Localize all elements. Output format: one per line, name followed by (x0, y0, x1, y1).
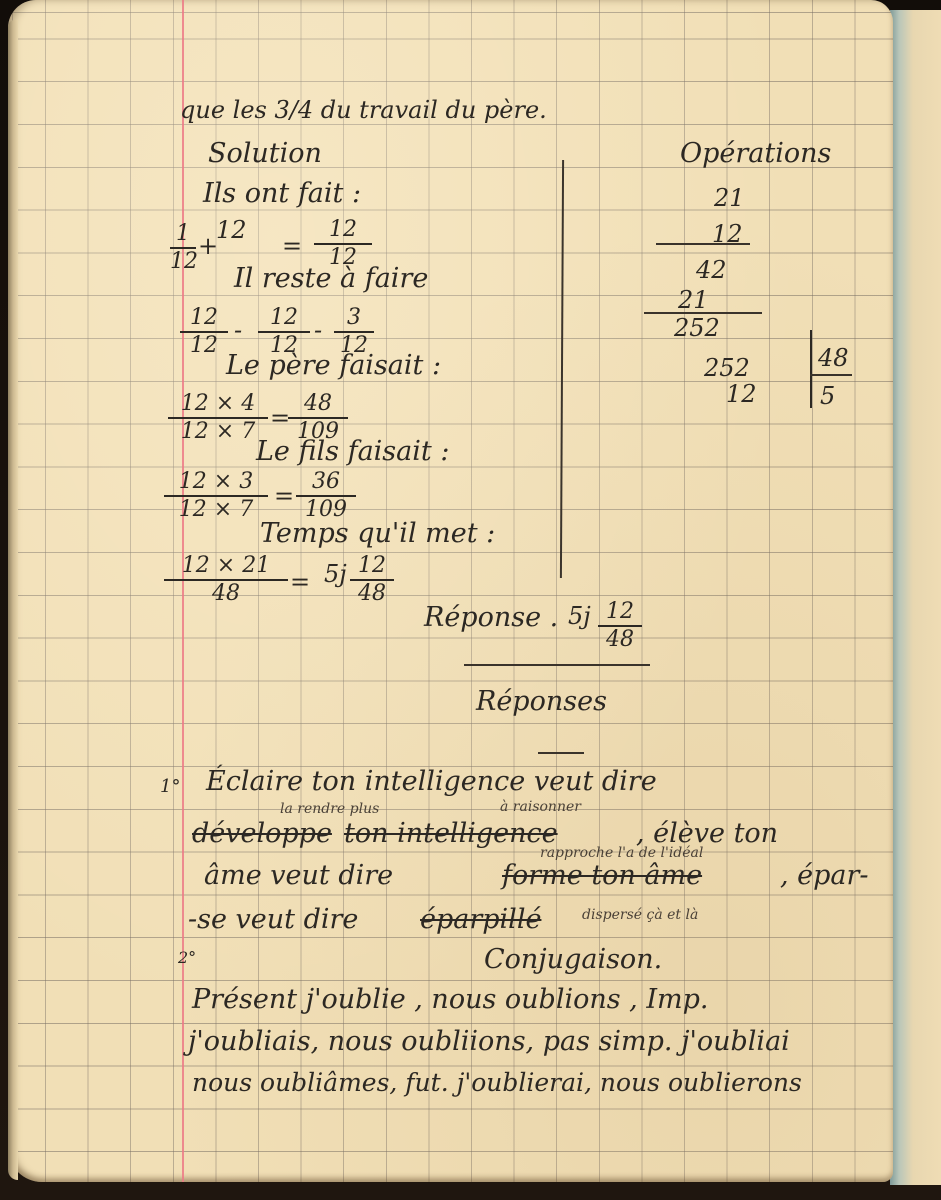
il-reste-label: Il reste à faire (234, 265, 428, 292)
question-2-marker: 2° (178, 950, 196, 966)
fraction-36-over-109: 36109 (296, 470, 356, 522)
minus-sign-1: - (234, 318, 242, 342)
fraction-12-12-a: 1212 (180, 306, 228, 358)
conjugation-line-1: Présent j'oublie , nous oublions , Imp. (192, 986, 708, 1013)
answer-1-note-2: à raisonner (500, 800, 581, 814)
answer-1-line-2-rest: , élève ton (636, 820, 778, 847)
solution-title: Solution (208, 140, 322, 167)
mult-top: 21 (714, 186, 745, 210)
answers-title: Réponses (476, 688, 607, 715)
fraction-12-over-48: 1248 (350, 554, 394, 606)
fraction-12x4-over-12x7: 12 × 412 × 7 (168, 392, 268, 444)
column-divider-line (560, 160, 564, 578)
answer-1-line-3: âme veut dire (204, 862, 393, 889)
eq1-b-num: 12 (216, 218, 247, 242)
notebook-page: que les 3/4 du travail du père. Solution… (8, 0, 893, 1182)
answer-1-line-4: -se veut dire (188, 906, 358, 933)
division-quotient: 5 (820, 384, 835, 408)
division-horizontal-bar (810, 374, 852, 376)
notebook-binding-edge (8, 20, 18, 1180)
partial-product-1: 42 (696, 258, 727, 282)
ils-ont-fait-label: Ils ont fait : (203, 180, 361, 207)
answer-1-line-2-struck-b: ton intelligence (344, 820, 558, 847)
question-1-marker: 1° (160, 778, 180, 796)
answer-1-note-4: dispersé çà et là (582, 908, 698, 922)
temps-label: Temps qu'il met : (260, 520, 495, 547)
answer-1-line-1: Éclaire ton intelligence veut dire (206, 768, 657, 795)
answers-title-dash (538, 752, 584, 754)
equals-sign: = (282, 234, 302, 258)
answer-1-line-3-struck: forme ton âme (502, 862, 702, 889)
pere-faisait-label: Le père faisait : (226, 352, 441, 379)
operations-title: Opérations (680, 140, 831, 167)
division-remainder: 12 (726, 382, 757, 406)
partial-product-2: 21 (678, 288, 709, 312)
adjacent-page-edge (890, 10, 941, 1185)
conjugaison-title: Conjugaison. (484, 946, 662, 973)
product-result: 252 (674, 316, 720, 340)
answer-1-line-4-struck: éparpillé (420, 906, 541, 933)
division-divisor: 48 (818, 346, 849, 370)
answer-1-line-3-rest: , épar- (780, 862, 869, 889)
reponse-label: Réponse . (424, 604, 558, 631)
equals-sign-5: = (290, 570, 310, 594)
equals-sign-4: = (274, 484, 294, 508)
answer-1-note-3: rapproche l'a de l'idéal (540, 846, 703, 860)
problem-statement-tail: que les 3/4 du travail du père. (180, 98, 547, 122)
fraction-12x3-over-12x7: 12 × 312 × 7 (164, 470, 268, 522)
reponse-underline (464, 664, 650, 666)
conjugation-line-2: j'oubliais, nous oubliions, pas simp. j'… (188, 1028, 790, 1055)
mult-rule (656, 243, 750, 245)
reponse-whole-days: 5j (568, 604, 591, 628)
fils-faisait-label: Le fils faisait : (256, 438, 449, 465)
eq5-whole-days: 5j (324, 562, 347, 586)
fraction-12x21-over-48: 12 × 2148 (164, 554, 288, 606)
conjugation-line-3: nous oubliâmes, fut. j'oublierai, nous o… (192, 1070, 802, 1095)
division-dividend: 252 (704, 356, 750, 380)
answer-1-line-2-struck: développe (192, 820, 332, 847)
answer-1-note-1: la rendre plus (280, 802, 379, 816)
division-vertical-bar (810, 330, 812, 408)
reponse-fraction: 1248 (598, 600, 642, 652)
minus-sign-2: - (314, 318, 322, 342)
fraction-1-12: 112 (170, 222, 196, 274)
